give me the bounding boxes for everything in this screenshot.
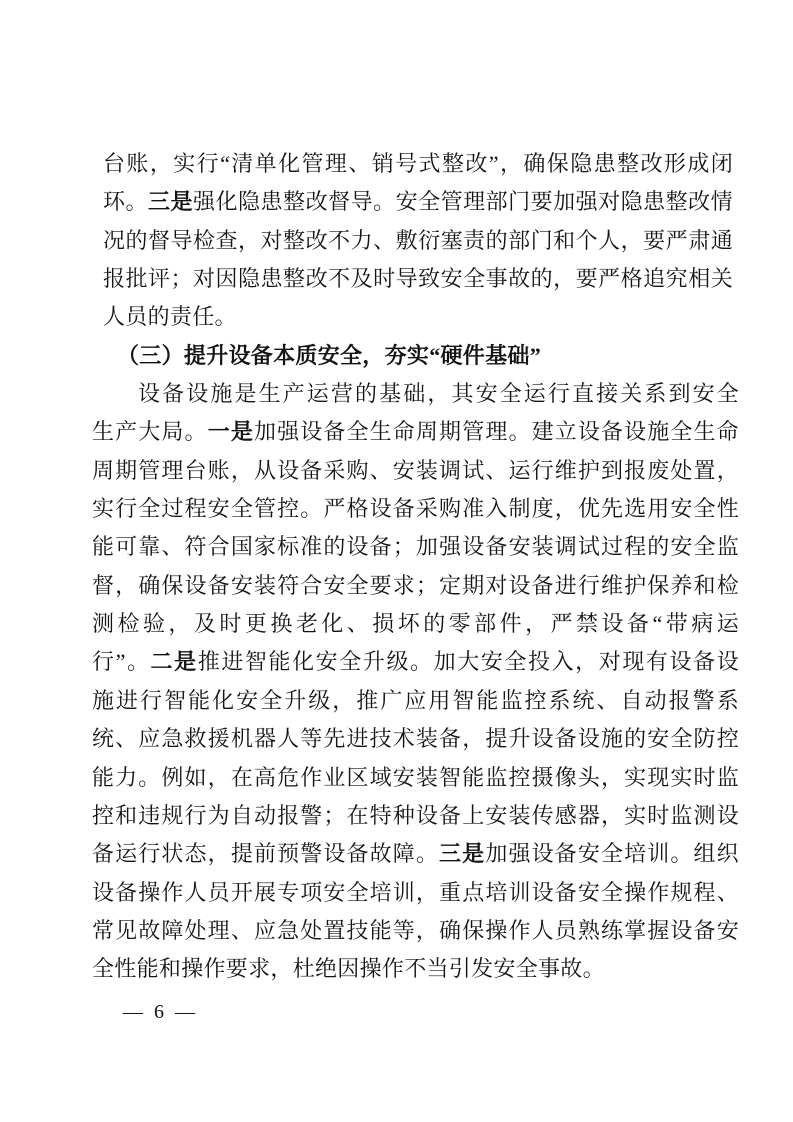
text-line: 常见故障处理、应急处置技能等，确保操作人员熟练掌握设备安 xyxy=(92,912,739,950)
text-run: 设备设施是生产运营的基础，其安全运行直接关系到安全 xyxy=(138,381,739,406)
document-lines: 台账，实行“清单化管理、销号式整改”，确保隐患整改形成闭环。三是强化隐患整改督导… xyxy=(92,145,739,989)
text-run: （三）提升设备本质安全，夯实“硬件基础” xyxy=(117,343,541,368)
text-line: 况的督导检查，对整改不力、敷衍塞责的部门和个人，要严肃通 xyxy=(103,222,733,260)
document-page: 台账，实行“清单化管理、销号式整改”，确保隐患整改形成闭环。三是强化隐患整改督导… xyxy=(0,0,793,1122)
text-line: 能力。例如，在高危作业区域安装智能监控摄像头，实现实时监 xyxy=(92,759,739,797)
text-run: 常见故障处理、应急处置技能等，确保操作人员熟练掌握设备安 xyxy=(92,918,739,943)
text-line: 测检验，及时更换老化、损坏的零部件，严禁设备“带病运 xyxy=(92,605,739,643)
text-run: 况的督导检查，对整改不力、敷衍塞责的部门和个人，要严肃通 xyxy=(103,228,733,253)
text-run: 能力。例如，在高危作业区域安装智能监控摄像头，实现实时监 xyxy=(92,765,739,790)
text-run: 能可靠、符合国家标准的设备；加强设备安装调试过程的安全监 xyxy=(92,534,739,559)
text-line: 台账，实行“清单化管理、销号式整改”，确保隐患整改形成闭 xyxy=(103,145,733,183)
text-run: 行”。 xyxy=(92,649,151,674)
text-run: 台账，实行“清单化管理、销号式整改”，确保隐患整改形成闭 xyxy=(103,151,733,176)
text-run: 施进行智能化安全升级，推广应用智能监控系统、自动报警系 xyxy=(92,688,739,713)
text-run: 全性能和操作要求，杜绝因操作不当引发安全事故。 xyxy=(92,956,605,981)
text-run: 统、应急救援机器人等先进技术装备，提升设备设施的安全防控 xyxy=(92,726,739,751)
emphasis-run: 三是 xyxy=(439,841,485,866)
text-run: 生产大局。 xyxy=(92,419,208,444)
emphasis-run: 二是 xyxy=(151,649,198,674)
text-line: 备运行状态，提前预警设备故障。三是加强设备安全培训。组织 xyxy=(92,835,739,873)
emphasis-run: 一是 xyxy=(208,419,254,444)
text-line: 设备操作人员开展专项安全培训，重点培训设备安全操作规程、 xyxy=(92,874,739,912)
text-run: 设备操作人员开展专项安全培训，重点培训设备安全操作规程、 xyxy=(92,880,739,905)
emphasis-run: 三是 xyxy=(148,189,193,214)
text-run: 加强设备全生命周期管理。建立设备设施全生命 xyxy=(254,419,739,444)
text-run: 控和违规行为自动报警；在特种设备上安装传感器，实时监测设 xyxy=(92,803,739,828)
text-line: 实行全过程安全管控。严格设备采购准入制度，优先选用安全性 xyxy=(92,490,739,528)
text-line: 设备设施是生产运营的基础，其安全运行直接关系到安全 xyxy=(92,375,739,413)
text-run: 督，确保设备安装符合安全要求；定期对设备进行维护保养和检 xyxy=(92,573,739,598)
text-line: 督，确保设备安装符合安全要求；定期对设备进行维护保养和检 xyxy=(92,567,739,605)
text-line: 统、应急救援机器人等先进技术装备，提升设备设施的安全防控 xyxy=(92,720,739,758)
text-line: 人员的责任。 xyxy=(103,298,733,336)
text-run: 推进智能化安全升级。加大安全投入，对现有设备设 xyxy=(198,649,739,674)
text-run: 报批评；对因隐患整改不及时导致安全事故的，要严格追究相关 xyxy=(103,266,733,291)
text-line: 全性能和操作要求，杜绝因操作不当引发安全事故。 xyxy=(92,950,739,988)
text-line: 行”。二是推进智能化安全升级。加大安全投入，对现有设备设 xyxy=(92,643,739,681)
text-line: 控和违规行为自动报警；在特种设备上安装传感器，实时监测设 xyxy=(92,797,739,835)
text-run: 加强设备安全培训。组织 xyxy=(485,841,739,866)
text-run: 周期管理台账，从设备采购、安装调试、运行维护到报废处置， xyxy=(92,458,739,483)
text-run: 测检验，及时更换老化、损坏的零部件，严禁设备“带病运 xyxy=(92,611,739,636)
text-run: 环。 xyxy=(103,189,148,214)
section-heading: （三）提升设备本质安全，夯实“硬件基础” xyxy=(92,337,739,375)
text-line: 施进行智能化安全升级，推广应用智能监控系统、自动报警系 xyxy=(92,682,739,720)
text-run: 强化隐患整改督导。安全管理部门要加强对隐患整改情 xyxy=(193,189,733,214)
text-line: 生产大局。一是加强设备全生命周期管理。建立设备设施全生命 xyxy=(92,413,739,451)
text-line: 能可靠、符合国家标准的设备；加强设备安装调试过程的安全监 xyxy=(92,528,739,566)
text-run: 备运行状态，提前预警设备故障。 xyxy=(92,841,439,866)
page-number: — 6 — xyxy=(123,1001,198,1024)
text-line: 周期管理台账，从设备采购、安装调试、运行维护到报废处置， xyxy=(92,452,739,490)
text-line: 环。三是强化隐患整改督导。安全管理部门要加强对隐患整改情 xyxy=(103,183,733,221)
text-run: 实行全过程安全管控。严格设备采购准入制度，优先选用安全性 xyxy=(92,496,739,521)
text-line: 报批评；对因隐患整改不及时导致安全事故的，要严格追究相关 xyxy=(103,260,733,298)
text-run: 人员的责任。 xyxy=(103,304,237,329)
